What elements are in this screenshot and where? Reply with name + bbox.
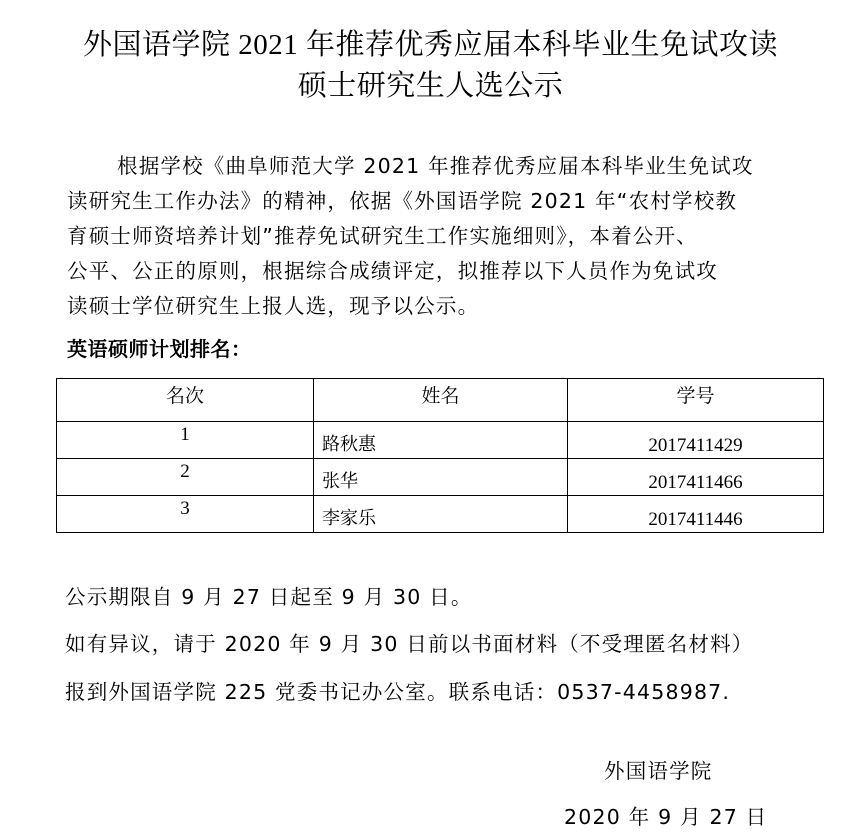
name-cell: 路秋惠 — [313, 422, 567, 459]
rank-value: 3 — [57, 498, 313, 520]
intro-line: 公平、公正的原则，根据综合成绩评定，拟推荐以下人员作为免试攻 — [67, 254, 718, 284]
rank-cell: 3 — [57, 496, 314, 533]
intro-line: 读硕士学位研究生上报人选，现予以公示。 — [67, 289, 479, 319]
name-cell: 李家乐 — [313, 496, 567, 533]
notice-contact: 报到外国语学院 225 党委书记办公室。联系电话：0537-4458987. — [65, 675, 730, 705]
ranking-table: 名次 姓名 学号 1 路秋惠 2017411429 2 张华 201741146… — [56, 378, 824, 533]
student-name: 路秋惠 — [322, 430, 376, 456]
id-cell: 2017411429 — [567, 422, 823, 459]
student-id: 2017411429 — [568, 435, 823, 457]
student-name: 张华 — [322, 467, 358, 493]
notice-period: 公示期限自 9 月 27 日起至 9 月 30 日。 — [65, 580, 473, 610]
intro-line: 根据学校《曲阜师范大学 2021 年推荐优秀应届本科毕业生免试攻 — [117, 149, 754, 179]
student-id: 2017411466 — [568, 472, 823, 494]
rank-cell: 2 — [57, 459, 314, 496]
table-header-row: 名次 姓名 学号 — [57, 379, 824, 422]
name-cell: 张华 — [313, 459, 567, 496]
student-id: 2017411446 — [568, 509, 823, 531]
rank-cell: 1 — [57, 422, 314, 459]
notice-objection: 如有异议，请于 2020 年 9 月 30 日前以书面材料（不受理匿名材料） — [65, 627, 754, 657]
signature-org: 外国语学院 — [604, 754, 713, 784]
header-student-id: 学号 — [567, 379, 823, 422]
page-title-line-1: 外国语学院 2021 年推荐优秀应届本科毕业生免试攻读 — [0, 22, 861, 63]
table-row: 1 路秋惠 2017411429 — [57, 422, 824, 459]
rank-value: 1 — [57, 424, 313, 446]
intro-line: 育硕士师资培养计划”推荐免试研究生工作实施细则》，本着公开、 — [67, 219, 698, 249]
section-heading: 英语硕师计划排名： — [67, 333, 252, 362]
signature-date: 2020 年 9 月 27 日 — [564, 800, 767, 830]
id-cell: 2017411446 — [567, 496, 823, 533]
table-row: 2 张华 2017411466 — [57, 459, 824, 496]
header-name: 姓名 — [313, 379, 567, 422]
student-name: 李家乐 — [322, 504, 376, 530]
intro-line: 读研究生工作办法》的精神，依据《外国语学院 2021 年“农村学校教 — [67, 184, 737, 214]
rank-value: 2 — [57, 461, 313, 483]
id-cell: 2017411466 — [567, 459, 823, 496]
page-title-line-2: 硕士研究生人选公示 — [0, 63, 861, 104]
table-row: 3 李家乐 2017411446 — [57, 496, 824, 533]
header-rank: 名次 — [57, 379, 314, 422]
